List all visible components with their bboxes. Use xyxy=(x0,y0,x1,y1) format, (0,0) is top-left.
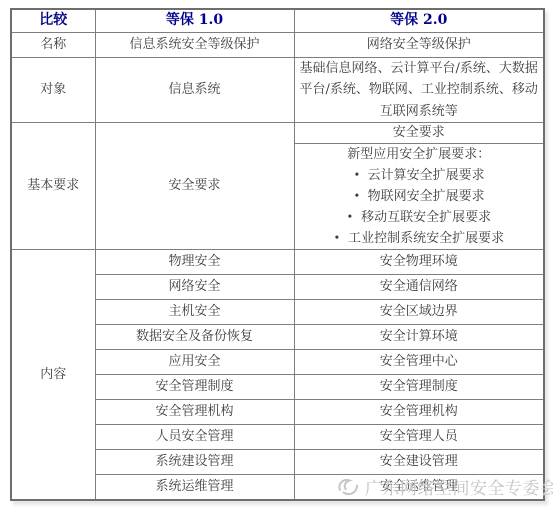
extension-item-label: 云计算安全扩展要求 xyxy=(368,168,485,183)
bullet-icon: • xyxy=(353,167,360,185)
content-v2: 安全管理人员 xyxy=(294,425,544,450)
row-basic-requirements: 基本要求 安全要求 安全要求 xyxy=(11,123,544,144)
content-v1: 网络安全 xyxy=(95,275,294,300)
object-v2-line: 基础信息网络、云计算平台/系统、大数据 xyxy=(299,58,540,80)
content-v2: 安全管理中心 xyxy=(294,350,544,375)
row-object: 对象 信息系统 基础信息网络、云计算平台/系统、大数据 平台/系统、物联网、工业… xyxy=(11,57,544,123)
content-v1: 系统建设管理 xyxy=(95,450,294,475)
extension-item: •物联网安全扩展要求 xyxy=(299,186,540,207)
content-v1: 应用安全 xyxy=(95,350,294,375)
content-row: 内容 物理安全 安全物理环境 xyxy=(11,250,544,275)
comparison-table: 比较 等保 1.0 等保 2.0 名称 信息系统安全等级保护 网络安全等级保护 … xyxy=(10,8,545,501)
content-v1: 安全管理制度 xyxy=(95,375,294,400)
bullet-icon: • xyxy=(347,209,354,227)
header-row: 比较 等保 1.0 等保 2.0 xyxy=(11,9,544,32)
row-basic-v1: 安全要求 xyxy=(95,123,294,250)
extension-item-label: 工业控制系统安全扩展要求 xyxy=(348,231,504,246)
page: 比较 等保 1.0 等保 2.0 名称 信息系统安全等级保护 网络安全等级保护 … xyxy=(0,0,553,514)
content-v2: 安全管理机构 xyxy=(294,400,544,425)
row-basic-v2-general: 安全要求 xyxy=(294,123,544,144)
header-djbh-1-0: 等保 1.0 xyxy=(95,9,294,32)
bullet-icon: • xyxy=(353,188,360,206)
extension-item-label: 移动互联安全扩展要求 xyxy=(361,210,491,225)
content-v2: 安全建设管理 xyxy=(294,450,544,475)
row-basic-label: 基本要求 xyxy=(11,123,95,250)
content-v2: 安全区域边界 xyxy=(294,300,544,325)
extension-item-label: 物联网安全扩展要求 xyxy=(368,189,485,204)
row-object-v1: 信息系统 xyxy=(95,57,294,123)
row-name-v2: 网络安全等级保护 xyxy=(294,32,544,57)
object-v2-line: 互联网系统等 xyxy=(299,101,540,123)
row-object-v2: 基础信息网络、云计算平台/系统、大数据 平台/系统、物联网、工业控制系统、移动 … xyxy=(294,57,544,123)
content-v1: 数据安全及备份恢复 xyxy=(95,325,294,350)
row-basic-v2-extensions: 新型应用安全扩展要求： •云计算安全扩展要求 •物联网安全扩展要求 •移动互联安… xyxy=(294,144,544,250)
row-object-label: 对象 xyxy=(11,57,95,123)
content-v1: 物理安全 xyxy=(95,250,294,275)
content-v1: 人员安全管理 xyxy=(95,425,294,450)
extension-item: •云计算安全扩展要求 xyxy=(299,165,540,186)
row-content-label: 内容 xyxy=(11,250,95,500)
extensions-title: 新型应用安全扩展要求： xyxy=(299,144,540,165)
row-name-label: 名称 xyxy=(11,32,95,57)
content-v2: 安全管理制度 xyxy=(294,375,544,400)
row-name: 名称 信息系统安全等级保护 网络安全等级保护 xyxy=(11,32,544,57)
row-name-v1: 信息系统安全等级保护 xyxy=(95,32,294,57)
extension-item: •移动互联安全扩展要求 xyxy=(299,207,540,228)
extension-item: •工业控制系统安全扩展要求 xyxy=(299,228,540,249)
content-v2: 安全物理环境 xyxy=(294,250,544,275)
content-v1: 系统运维管理 xyxy=(95,475,294,500)
header-compare: 比较 xyxy=(11,9,95,32)
header-djbh-2-0: 等保 2.0 xyxy=(294,9,544,32)
content-v2: 安全运维管理 xyxy=(294,475,544,500)
content-v2: 安全通信网络 xyxy=(294,275,544,300)
bullet-icon: • xyxy=(334,230,341,248)
object-v2-line: 平台/系统、物联网、工业控制系统、移动 xyxy=(299,79,540,101)
content-v1: 主机安全 xyxy=(95,300,294,325)
content-v1: 安全管理机构 xyxy=(95,400,294,425)
content-v2: 安全计算环境 xyxy=(294,325,544,350)
